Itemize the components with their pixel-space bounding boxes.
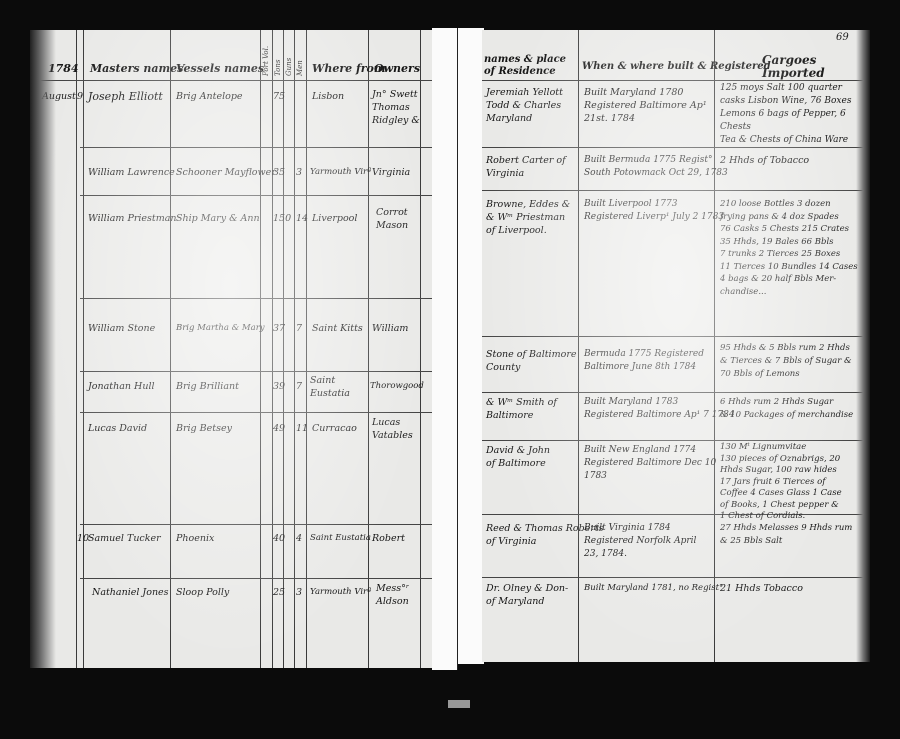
microfilm-frame-marker xyxy=(448,700,470,708)
vessel-tons: 37 xyxy=(273,322,285,335)
vessel-name: Brig Brilliant xyxy=(176,380,239,393)
vessel-name: Phoenix xyxy=(176,532,214,545)
row-rule xyxy=(80,412,432,413)
vessel-name: Ship Mary & Ann xyxy=(176,212,260,225)
where-from: Saint Eustatia xyxy=(310,532,371,545)
header-cargoes-imported: Cargoes Imported xyxy=(762,54,870,80)
master-name: William Stone xyxy=(88,322,155,335)
column-rule xyxy=(260,30,261,668)
where-from: Yarmouth Virª xyxy=(310,166,371,179)
row-rule xyxy=(482,440,870,441)
built-registered: Built Virginia 1784 Registered Norfolk A… xyxy=(584,522,696,561)
where-from: Lisbon xyxy=(312,90,344,103)
built-registered: Built Liverpool 1773 Registered Liverp¹ … xyxy=(584,198,724,224)
row-rule xyxy=(80,578,432,579)
master-name: Jonathan Hull xyxy=(88,380,155,393)
row-rule xyxy=(80,147,432,148)
row-rule xyxy=(80,371,432,372)
row-rule xyxy=(482,577,870,578)
row-rule xyxy=(482,190,870,191)
header-rule xyxy=(482,80,870,81)
vessel-tons: 40 xyxy=(273,532,285,545)
where-from: Saint Kitts xyxy=(312,322,363,335)
right-ledger-page: 69 names & place of Residence When & whe… xyxy=(482,30,870,662)
column-rule xyxy=(368,30,369,668)
header-year: 1784 xyxy=(48,62,79,75)
owners: Thorowgood xyxy=(370,380,424,393)
cargo: 95 Hhds & 5 Bbls rum 2 Hhds & Tierces & … xyxy=(720,342,852,381)
header-names-place-residence: names & place of Residence xyxy=(484,54,578,78)
where-from: Saint Eustatia xyxy=(310,374,368,400)
owner-residence: & Wᵐ Smith of Baltimore xyxy=(486,396,557,422)
vessel-tons: 35 xyxy=(273,166,285,179)
header-men: Men xyxy=(296,60,304,76)
vessel-tons: 49 xyxy=(273,422,285,435)
vessel-name: Brig Betsey xyxy=(176,422,232,435)
owner-residence: Dr. Olney & Don- of Maryland xyxy=(486,582,568,608)
owners: Corrot Mason xyxy=(376,206,408,232)
header-port: Port Vol. xyxy=(262,46,270,76)
owners: Lucas Vatables xyxy=(372,416,413,442)
row-rule xyxy=(80,524,432,525)
header-guns: Guns xyxy=(285,58,293,76)
vessel-tons: 25 xyxy=(273,586,285,599)
owners: Robert xyxy=(372,532,405,545)
cargo: 210 loose Bottles 3 dozen frying pans & … xyxy=(720,198,858,298)
owners: William xyxy=(372,322,408,335)
vessel-men: 7 xyxy=(296,380,302,393)
master-name: Joseph Elliott xyxy=(88,90,163,103)
vessel-name: Brig Antelope xyxy=(176,90,243,103)
vessel-men: 4 xyxy=(296,532,302,545)
column-rule xyxy=(714,30,715,662)
header-when-where-built: When & where built & Registered xyxy=(582,60,771,73)
row-rule xyxy=(482,336,870,337)
owner-residence: Robert Carter of Virginia xyxy=(486,154,566,180)
row-rule xyxy=(482,392,870,393)
vessel-tons: 150 xyxy=(273,212,291,225)
where-from: Yarmouth Virª xyxy=(310,586,371,599)
vessel-men: 11 xyxy=(296,422,308,435)
vessel-tons: 75 xyxy=(273,90,285,103)
page-number: 69 xyxy=(836,32,849,43)
row-rule xyxy=(80,195,432,196)
master-name: William Priestman xyxy=(88,212,177,225)
binding-gutter-right xyxy=(458,28,484,664)
header-owners: Owners xyxy=(374,62,420,75)
owner-residence: Stone of Baltimore County xyxy=(486,348,577,374)
built-registered: Built Maryland 1781, no Regist° xyxy=(584,582,723,595)
book-spine-line xyxy=(457,28,458,670)
vessel-men: 7 xyxy=(296,322,302,335)
where-from: Curracao xyxy=(312,422,357,435)
vessel-name: Sloop Polly xyxy=(176,586,229,599)
built-registered: Built New England 1774 Registered Baltim… xyxy=(584,444,716,483)
header-rule xyxy=(30,80,432,81)
row-rule xyxy=(80,298,432,299)
column-rule xyxy=(578,30,579,662)
cargo: 130 Mᵗ Lignumvitae 130 pieces of Oznabri… xyxy=(720,442,842,523)
left-ledger-page: 1784 Masters names Vessels names Port Vo… xyxy=(30,30,432,668)
column-rule xyxy=(306,30,307,668)
built-registered: Built Bermuda 1775 Regist° South Potowma… xyxy=(584,154,728,180)
column-rule xyxy=(420,30,421,668)
owners: Jn° Swett Thomas Ridgley & xyxy=(372,88,420,127)
owners: Virginia xyxy=(372,166,410,179)
binding-gutter-left xyxy=(432,28,458,670)
owner-residence: Browne, Eddes & & Wᵐ Priestman of Liverp… xyxy=(486,198,570,237)
column-rule xyxy=(294,30,295,668)
column-rule xyxy=(83,30,84,668)
column-rule xyxy=(272,30,273,668)
where-from: Liverpool xyxy=(312,212,357,225)
row-rule xyxy=(482,147,870,148)
owner-residence: Jeremiah Yellott Todd & Charles Maryland xyxy=(486,86,563,125)
cargo: 21 Hhds Tobacco xyxy=(720,582,803,595)
header-masters-names: Masters names xyxy=(90,62,183,75)
owner-residence: David & John of Baltimore xyxy=(486,444,550,470)
cargo: 125 moys Salt 100 quarter casks Lisbon W… xyxy=(720,82,870,147)
entry-month: August xyxy=(42,90,76,103)
cargo: 2 Hhds of Tobacco xyxy=(720,154,809,167)
cargo: 27 Hhds Melasses 9 Hhds rum & 25 Bbls Sa… xyxy=(720,522,852,548)
master-name: Samuel Tucker xyxy=(88,532,161,545)
master-name: William Lawrence xyxy=(88,166,175,179)
column-rule xyxy=(170,30,171,668)
header-tons: Tons xyxy=(274,60,282,76)
vessel-tons: 39 xyxy=(273,380,285,393)
vessel-name: Brig Martha & Mary xyxy=(176,322,265,335)
header-vessels-names: Vessels names xyxy=(176,62,264,75)
entry-day: 9 xyxy=(77,90,83,103)
column-rule xyxy=(76,30,77,668)
built-registered: Built Maryland 1780 Registered Baltimore… xyxy=(584,86,707,125)
vessel-men: 14 xyxy=(296,212,308,225)
vessel-men: 3 xyxy=(296,166,302,179)
owners: Mess°ʳ Aldson xyxy=(376,582,409,608)
vessel-name: Schooner Mayflower xyxy=(176,166,276,179)
cargo: 6 Hhds rum 2 Hhds Sugar & 10 Packages of… xyxy=(720,396,853,422)
built-registered: Built Maryland 1783 Registered Baltimore… xyxy=(584,396,735,422)
master-name: Nathaniel Jones xyxy=(92,586,169,599)
column-rule xyxy=(283,30,284,668)
vessel-men: 3 xyxy=(296,586,302,599)
master-name: Lucas David xyxy=(88,422,147,435)
built-registered: Bermuda 1775 Registered Baltimore June 8… xyxy=(584,348,704,374)
